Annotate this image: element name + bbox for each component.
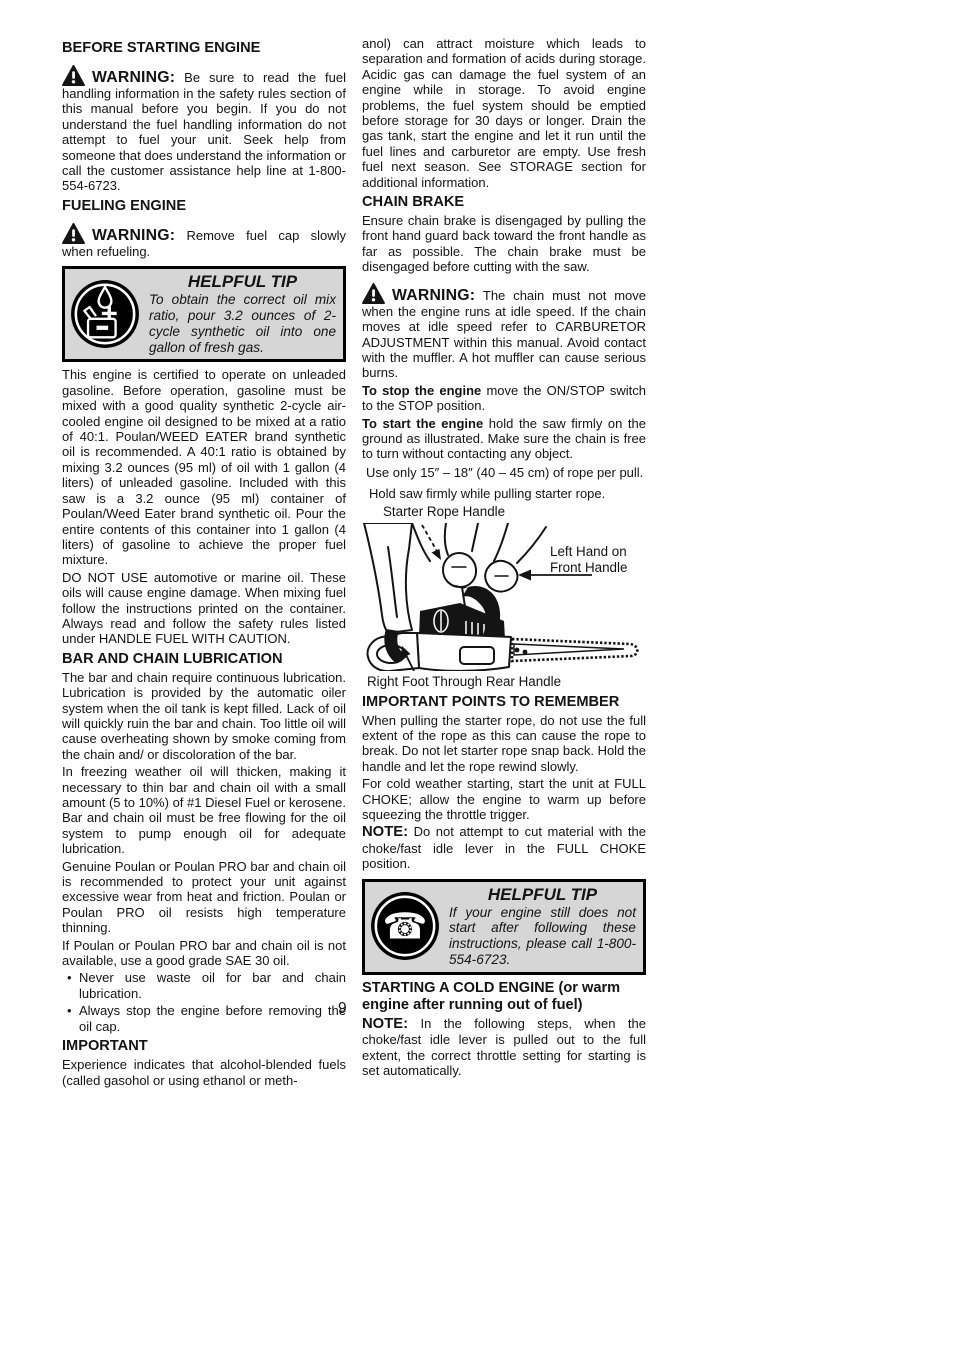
paragraph-hold-saw: Hold saw firmly while pulling starter ro… [362, 486, 646, 501]
bullet-stop-engine: Always stop the engine before removing t… [62, 1003, 346, 1034]
note-label: NOTE: [362, 824, 408, 840]
tip-body: HELPFUL TIP To obtain the correct oil mi… [149, 272, 336, 355]
paragraph-chain-brake: Ensure chain brake is disengaged by pull… [362, 213, 646, 275]
heading-important-points: IMPORTANT POINTS TO REMEMBER [362, 694, 646, 711]
helpful-tip-box-oil-mix: HELPFUL TIP To obtain the correct oil mi… [62, 266, 346, 362]
starting-position-figure: Starter Rope Handle [362, 504, 646, 690]
warning-triangle-icon [62, 223, 85, 244]
bullet-waste-oil: Never use waste oil for bar and chain lu… [62, 970, 346, 1001]
paragraph-start-engine: To start the engine hold the saw firmly … [362, 416, 646, 462]
note-full-choke: NOTE: Do not attempt to cut material wit… [362, 824, 646, 871]
right-column: anol) can attract moisture which leads t… [362, 36, 646, 1080]
warning-idle-chain: WARNING: The chain must not move when th… [362, 283, 646, 381]
stop-engine-lead: To stop the engine [362, 383, 481, 398]
warning-text: Be sure to read the fuel handling inform… [62, 70, 346, 193]
tip-text: If your engine still does not start afte… [449, 905, 636, 968]
start-engine-lead: To start the engine [362, 416, 483, 431]
paragraph-cold-weather: For cold weather starting, start the uni… [362, 776, 646, 822]
heading-important: IMPORTANT [62, 1038, 346, 1055]
warning-fuel-cap: WARNING: Remove fuel cap slowly when ref… [62, 223, 346, 259]
tip-title: HELPFUL TIP [449, 885, 636, 905]
note-label: NOTE: [362, 1016, 408, 1032]
warning-fuel-handling: WARNING: Be sure to read the fuel handli… [62, 65, 346, 194]
paragraph-fuel-mix: This engine is certified to operate on u… [62, 367, 346, 567]
heading-bar-chain-lubrication: BAR AND CHAIN LUBRICATION [62, 651, 346, 668]
paragraph-stop-engine: To stop the engine move the ON/STOP swit… [362, 383, 646, 414]
paragraph-rope-care: When pulling the starter rope, do not us… [362, 713, 646, 775]
paragraph-do-not-use-oil: DO NOT USE automotive or marine oil. The… [62, 570, 346, 647]
warning-triangle-icon [62, 65, 85, 86]
heading-starting-cold-engine: STARTING A COLD ENGINE (or warm engine a… [362, 980, 646, 1014]
tip-body: HELPFUL TIP If your engine still does no… [449, 885, 636, 968]
paragraph-alcohol-fuels: Experience indicates that alcohol-blende… [62, 1057, 346, 1088]
paragraph-genuine-oil: Genuine Poulan or Poulan PRO bar and cha… [62, 859, 346, 936]
warning-label: WARNING: [392, 287, 475, 304]
tip-text: To obtain the correct oil mix ratio, pou… [149, 292, 336, 355]
heading-chain-brake: CHAIN BRAKE [362, 194, 646, 211]
paragraph-freezing-weather: In freezing weather oil will thicken, ma… [62, 764, 346, 856]
heading-before-starting-engine: BEFORE STARTING ENGINE [62, 40, 346, 57]
warning-label: WARNING: [92, 227, 175, 244]
paragraph-storage: anol) can attract moisture which leads t… [362, 36, 646, 190]
paragraph-rope-length: Use only 15″ – 18″ (40 – 45 cm) of rope … [362, 465, 646, 480]
helpful-tip-box-phone: ☎ HELPFUL TIP If your engine still does … [362, 879, 646, 975]
oil-mix-icon [70, 279, 140, 349]
telephone-icon: ☎ [370, 891, 440, 961]
warning-label: WARNING: [92, 69, 175, 86]
heading-fueling-engine: FUELING ENGINE [62, 198, 346, 215]
manual-page: BEFORE STARTING ENGINE WARNING: Be sure … [0, 0, 954, 1348]
figure-label-starter-rope-handle: Starter Rope Handle [383, 504, 646, 520]
paragraph-sae30: If Poulan or Poulan PRO bar and chain oi… [62, 938, 346, 969]
warning-triangle-icon [362, 283, 385, 304]
left-column: BEFORE STARTING ENGINE WARNING: Be sure … [62, 36, 346, 1090]
paragraph-lubrication: The bar and chain require continuous lub… [62, 670, 346, 762]
svg-text:☎: ☎ [383, 906, 428, 948]
page-number: 9 [338, 1001, 347, 1016]
note-choke-steps: NOTE: In the following steps, when the c… [362, 1016, 646, 1079]
tip-title: HELPFUL TIP [149, 272, 336, 292]
figure-label-left-hand: Left Hand on Front Handle [550, 544, 645, 576]
figure-label-right-foot: Right Foot Through Rear Handle [367, 674, 561, 690]
